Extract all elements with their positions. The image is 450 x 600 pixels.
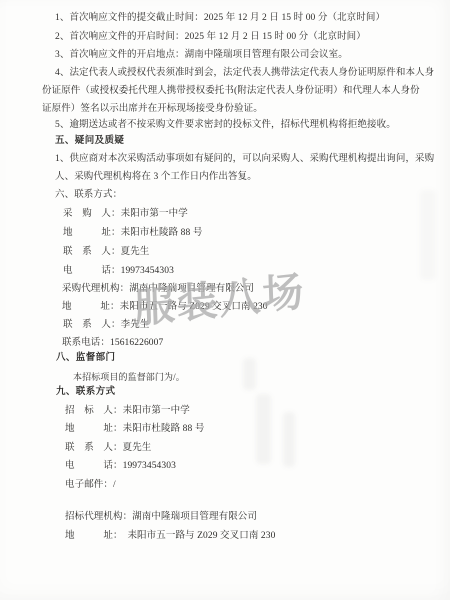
- section-heading-questions: 五、疑问及质疑: [55, 136, 124, 147]
- notice-item-4-cont-2: 证原件）签名以示出席并在开标现场接受身份验证。: [42, 104, 263, 115]
- tenderer-address-line: 地 址：耒阳市杜陵路 88 号: [65, 424, 204, 435]
- notice-item-1: 1、首次响应文件的提交截止时间：2025 年 12 月 2 日 15 时 00 …: [55, 13, 385, 24]
- tenderer-name-line: 招 标 人：耒阳市第一中学: [65, 406, 190, 417]
- purchaser-address-line: 地 址：耒阳市杜陵路 88 号: [63, 228, 202, 239]
- notice-item-5: 5、逾期送达或者不按采购文件要求密封的投标文件，招标代理机构将拒绝接收。: [55, 120, 396, 131]
- notice-item-4: 4、法定代表人或授权代表须准时到会，法定代表人携带法定代表人身份证明原件和本人身: [55, 68, 434, 79]
- agency2-name-line: 招标代理机构：湖南中隆瑞项目管理有限公司: [65, 512, 257, 523]
- questions-line-2: 人、采购代理机构将在 3 个工作日内作出答复。: [55, 172, 257, 183]
- tenderer-phone-line: 电 话：19973454303: [65, 461, 176, 472]
- notice-item-2: 2、首次响应文件的开启时间：2025 年 12 月 2 日 15 时 00 分（…: [55, 32, 366, 43]
- section-heading-contact: 六、联系方式：: [55, 190, 122, 201]
- tenderer-contact-line: 联 系 人：夏先生: [65, 443, 151, 454]
- agency2-address-line: 地 址： 耒阳市五一路与 Z029 交叉口南 230: [65, 531, 275, 542]
- scan-smudge: [243, 358, 256, 390]
- notice-item-4-cont-1: 份证原件（或授权委托代理人携带授权委托书(附法定代表人身份证明）和代理人本人身份: [42, 86, 420, 97]
- notice-item-3: 3、首次响应文件的开启地点：湖南中隆瑞项目管理有限公司会议室。: [55, 50, 348, 61]
- purchaser-contact-line: 联 系 人：夏先生: [63, 247, 149, 258]
- supervision-body: 本招标项目的监督部门为/。: [73, 372, 185, 383]
- questions-line-1: 1、供应商对本次采购活动事项如有疑问的，可以向采购人、采购代理机构提出询问，采购: [55, 154, 434, 165]
- tenderer-email-line: 电子邮件：/: [65, 480, 116, 491]
- scan-smudge: [283, 412, 295, 467]
- section-heading-contact-2: 九、联系方式: [56, 387, 115, 398]
- scan-smudge: [420, 190, 436, 280]
- scan-smudge: [256, 394, 271, 464]
- purchaser-name-line: 采 购 人：耒阳市第一中学: [63, 209, 188, 220]
- document-page: 1、首次响应文件的提交截止时间：2025 年 12 月 2 日 15 时 00 …: [0, 0, 450, 600]
- agency-phone-line: 联系电话：15616226007: [62, 338, 163, 349]
- section-heading-supervision: 八、监督部门: [56, 353, 115, 364]
